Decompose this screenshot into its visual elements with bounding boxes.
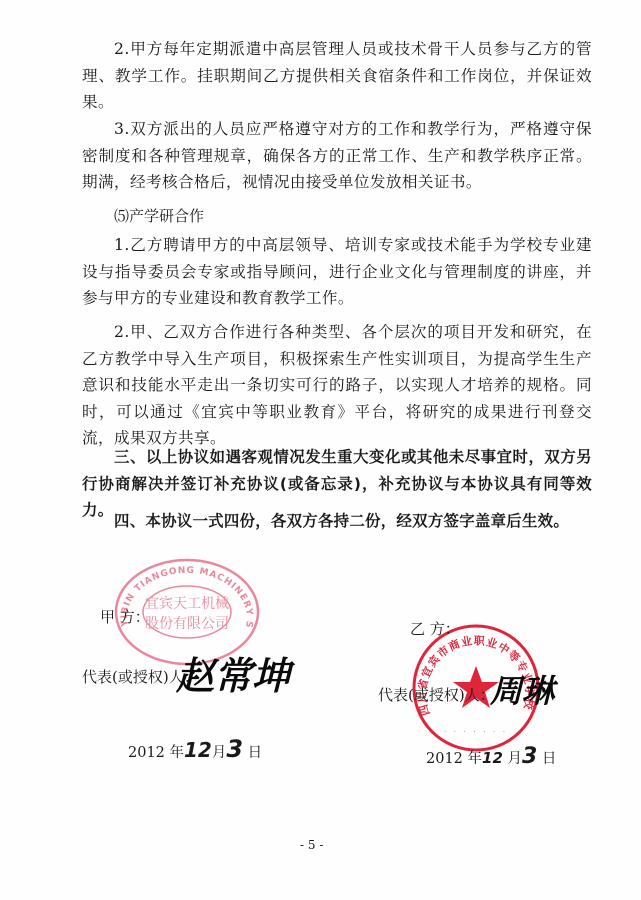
party-a-date-year: 2012 年: [128, 745, 184, 761]
page-number: - 5 -: [300, 838, 323, 852]
clause-four: 四、本协议一式四份，各双方各持二份，经双方签字盖章后生效。: [82, 508, 592, 535]
section-heading: ⑸产学研合作: [114, 205, 204, 226]
svg-text:股份有限公司: 股份有限公司: [145, 616, 229, 632]
paragraph-experts: 1.乙方聘请甲方的中高层领导、培训专家或技术能手为学校专业建设与指导委员会专家或…: [82, 232, 592, 312]
party-b-date: 2012 年12 月3 日: [426, 744, 556, 769]
party-a-date-day-unit: 日: [248, 745, 263, 761]
party-b-date-day-unit: 日: [542, 751, 557, 767]
party-b-date-month: 12: [482, 749, 503, 767]
paragraph-dispatch-staff: 2.甲方每年定期派遣中高层管理人员或技术骨干人员参与乙方的管理、教学工作。挂职期…: [82, 36, 592, 116]
party-b-representative-label: 代表(或授权)人：: [378, 684, 495, 705]
party-b-label: 乙 方：: [410, 618, 460, 639]
paragraph-compliance: 3.双方派出的人员应严格遵守对方的工作和教学行为，严格遵守保密制度和各种管理规章…: [82, 116, 592, 196]
party-b-date-month-unit: 月: [508, 751, 523, 767]
document-page: 2.甲方每年定期派遣中高层管理人员或技术骨干人员参与乙方的管理、教学工作。挂职期…: [0, 0, 641, 900]
party-a-label: 甲 方：: [100, 606, 150, 627]
party-a-date: 2012 年12月3 日: [128, 735, 262, 763]
party-a-signature: 赵常坤: [176, 645, 290, 700]
party-b-date-year: 2012 年: [426, 751, 482, 767]
paragraph-projects: 2.甲、乙双方合作进行各种类型、各个层次的项目开发和研究，在乙方教学中导入生产项…: [82, 319, 592, 452]
party-a-date-day: 3: [226, 735, 243, 763]
svg-text:宜宾天工机械: 宜宾天工机械: [145, 595, 229, 612]
party-b-date-day: 3: [522, 744, 537, 769]
party-a-date-month-unit: 月: [212, 745, 227, 761]
svg-text:· · · · · · ·: · · · · · · ·: [444, 729, 508, 736]
party-b-signature: 周琳: [490, 666, 554, 712]
party-a-date-month: 12: [184, 738, 212, 762]
